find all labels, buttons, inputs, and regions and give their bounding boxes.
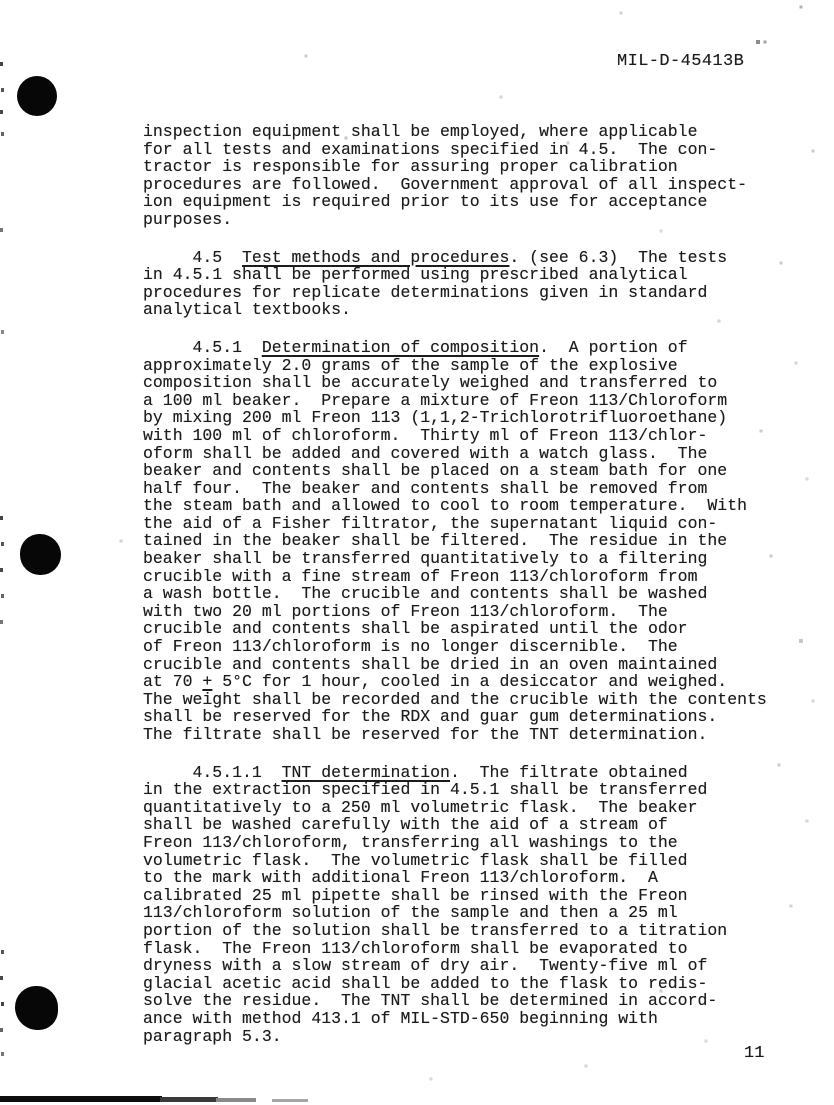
text-line: tained in the beaker shall be filtered. … [143, 532, 767, 550]
text-line: volumetric flask. The volumetric flask s… [143, 852, 767, 870]
text-line: Freon 113/chloroform, transferring all w… [143, 834, 767, 852]
punch-hole-top [17, 76, 57, 116]
text-line: shall be reserved for the RDX and guar g… [143, 708, 767, 726]
text-line: analytical textbooks. [143, 301, 767, 319]
text-line: solve the residue. The TNT shall be dete… [143, 992, 767, 1010]
paragraph: 4.5.1 Determination of composition. A po… [143, 339, 767, 744]
text-line: the aid of a Fisher filtrator, the super… [143, 515, 767, 533]
text-line: a 100 ml beaker. Prepare a mixture of Fr… [143, 392, 767, 410]
scan-artifact-bar [216, 1098, 256, 1102]
text-line: purposes. [143, 211, 767, 229]
text-line: 4.5.1 Determination of composition. A po… [143, 339, 767, 357]
text-line: in 4.5.1 shall be performed using prescr… [143, 266, 767, 284]
text-line: with 100 ml of chloroform. Thirty ml of … [143, 427, 767, 445]
text-line: the steam bath and allowed to cool to ro… [143, 497, 767, 515]
text-line: oform shall be added and covered with a … [143, 445, 767, 463]
paragraph: 4.5.1.1 TNT determination. The filtrate … [143, 764, 767, 1046]
text-line: in the extraction specified in 4.5.1 sha… [143, 781, 767, 799]
text-line: calibrated 25 ml pipette shall be rinsed… [143, 887, 767, 905]
text-line: procedures are followed. Government appr… [143, 176, 767, 194]
text-line: to the mark with additional Freon 113/ch… [143, 869, 767, 887]
text-line: crucible and contents shall be aspirated… [143, 620, 767, 638]
scan-artifact-bar [272, 1099, 308, 1102]
text-line: half four. The beaker and contents shall… [143, 480, 767, 498]
text-line: shall be washed carefully with the aid o… [143, 816, 767, 834]
text-line: procedures for replicate determinations … [143, 284, 767, 302]
text-line: 4.5.1.1 TNT determination. The filtrate … [143, 764, 767, 782]
text-line: tractor is responsible for assuring prop… [143, 158, 767, 176]
page-number: 11 [744, 1044, 764, 1064]
text-line: inspection equipment shall be employed, … [143, 123, 767, 141]
punch-hole-bottom [15, 986, 58, 1030]
text-line: The weight shall be recorded and the cru… [143, 691, 767, 709]
text-line: ion equipment is required prior to its u… [143, 193, 767, 211]
text-line: dryness with a slow stream of dry air. T… [143, 957, 767, 975]
text-line: 113/chloroform solution of the sample an… [143, 904, 767, 922]
text-line: ance with method 413.1 of MIL-STD-650 be… [143, 1010, 767, 1028]
text-line: flask. The Freon 113/chloroform shall be… [143, 940, 767, 958]
scan-artifact-bar [160, 1097, 218, 1102]
paragraph: inspection equipment shall be employed, … [143, 123, 767, 229]
text-line: 4.5 Test methods and procedures. (see 6.… [143, 249, 767, 267]
text-line: with two 20 ml portions of Freon 113/chl… [143, 603, 767, 621]
text-line: composition shall be accurately weighed … [143, 374, 767, 392]
text-line: beaker shall be transferred quantitative… [143, 550, 767, 568]
text-line: by mixing 200 ml Freon 113 (1,1,2-Trichl… [143, 409, 767, 427]
scanned-document-page: MIL-D-45413B inspection equipment shall … [0, 0, 834, 1105]
text-line: a wash bottle. The crucible and contents… [143, 585, 767, 603]
paragraph: 4.5 Test methods and procedures. (see 6.… [143, 249, 767, 319]
text-line: paragraph 5.3. [143, 1028, 767, 1046]
text-line: glacial acetic acid shall be added to th… [143, 975, 767, 993]
text-line: beaker and contents shall be placed on a… [143, 462, 767, 480]
text-line: portion of the solution shall be transfe… [143, 922, 767, 940]
punch-hole-middle [20, 534, 61, 575]
scan-edge-marks [0, 0, 3, 4]
text-line: at 70 + 5°C for 1 hour, cooled in a desi… [143, 673, 767, 691]
document-id-header: MIL-D-45413B [617, 52, 744, 72]
text-line: crucible and contents shall be dried in … [143, 656, 767, 674]
text-line: crucible with a fine stream of Freon 113… [143, 568, 767, 586]
text-line: for all tests and examinations specified… [143, 141, 767, 159]
text-line: The filtrate shall be reserved for the T… [143, 726, 767, 744]
scan-artifact-bar [0, 1096, 162, 1102]
text-line: quantitatively to a 250 ml volumetric fl… [143, 799, 767, 817]
text-line: approximately 2.0 grams of the sample of… [143, 357, 767, 375]
text-line: of Freon 113/chloroform is no longer dis… [143, 638, 767, 656]
document-body: inspection equipment shall be employed, … [143, 123, 767, 1065]
